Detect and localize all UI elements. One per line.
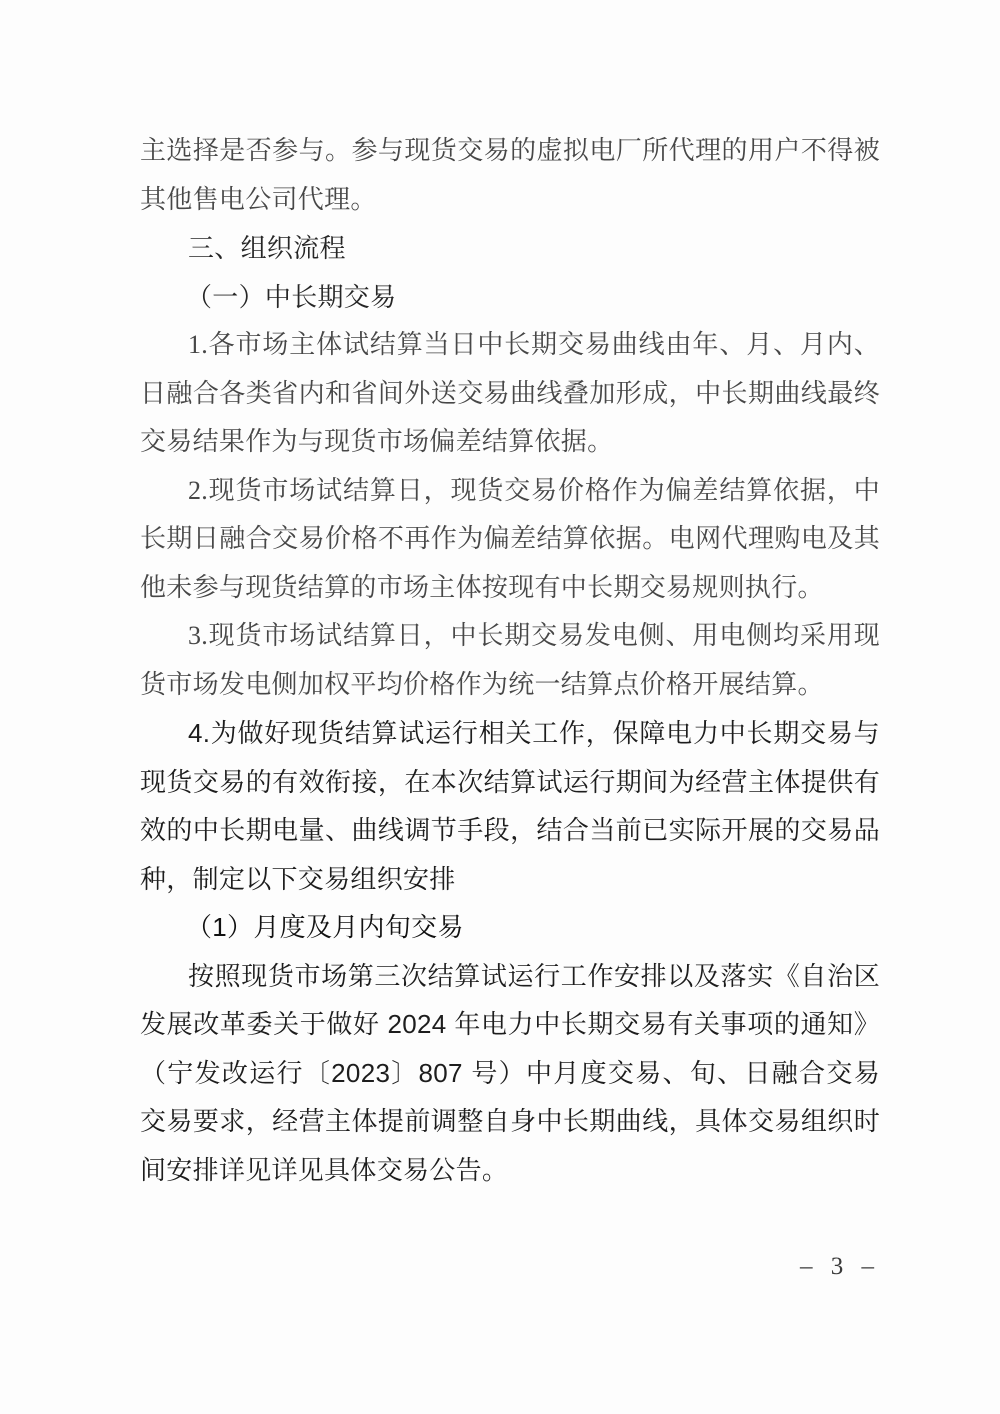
body-paragraph-monthly-arrangement: 按照现货市场第三次结算试运行工作安排以及落实《自治区发展改革委关于做好 2024… — [140, 952, 880, 1195]
numbered-paragraph-1: 1.各市场主体试结算当日中长期交易曲线由年、月、月内、日融合各类省内和省间外送交… — [140, 321, 880, 467]
document-page: 主选择是否参与。参与现货交易的虚拟电厂所代理的用户不得被其他售电公司代理。 三、… — [0, 0, 1000, 1414]
document-content: 主选择是否参与。参与现货交易的虚拟电厂所代理的用户不得被其他售电公司代理。 三、… — [140, 127, 880, 1194]
bold-heading-monthly-trading: （1）月度及月内旬交易 — [140, 903, 880, 952]
body-paragraph-continuation: 主选择是否参与。参与现货交易的虚拟电厂所代理的用户不得被其他售电公司代理。 — [140, 127, 880, 224]
numbered-paragraph-4: 4.为做好现货结算试运行相关工作，保障电力中长期交易与现货交易的有效衔接，在本次… — [140, 709, 880, 903]
numbered-paragraph-3: 3.现货市场试结算日，中长期交易发电侧、用电侧均采用现货市场发电侧加权平均价格作… — [140, 612, 880, 709]
numbered-paragraph-2: 2.现货市场试结算日，现货交易价格作为偏差结算依据，中长期日融合交易价格不再作为… — [140, 467, 880, 613]
page-number: – 3 – — [800, 1253, 880, 1281]
subsection-heading-medium-long-term-trading: （一）中长期交易 — [140, 273, 880, 322]
section-heading-organization-process: 三、组织流程 — [140, 224, 880, 273]
